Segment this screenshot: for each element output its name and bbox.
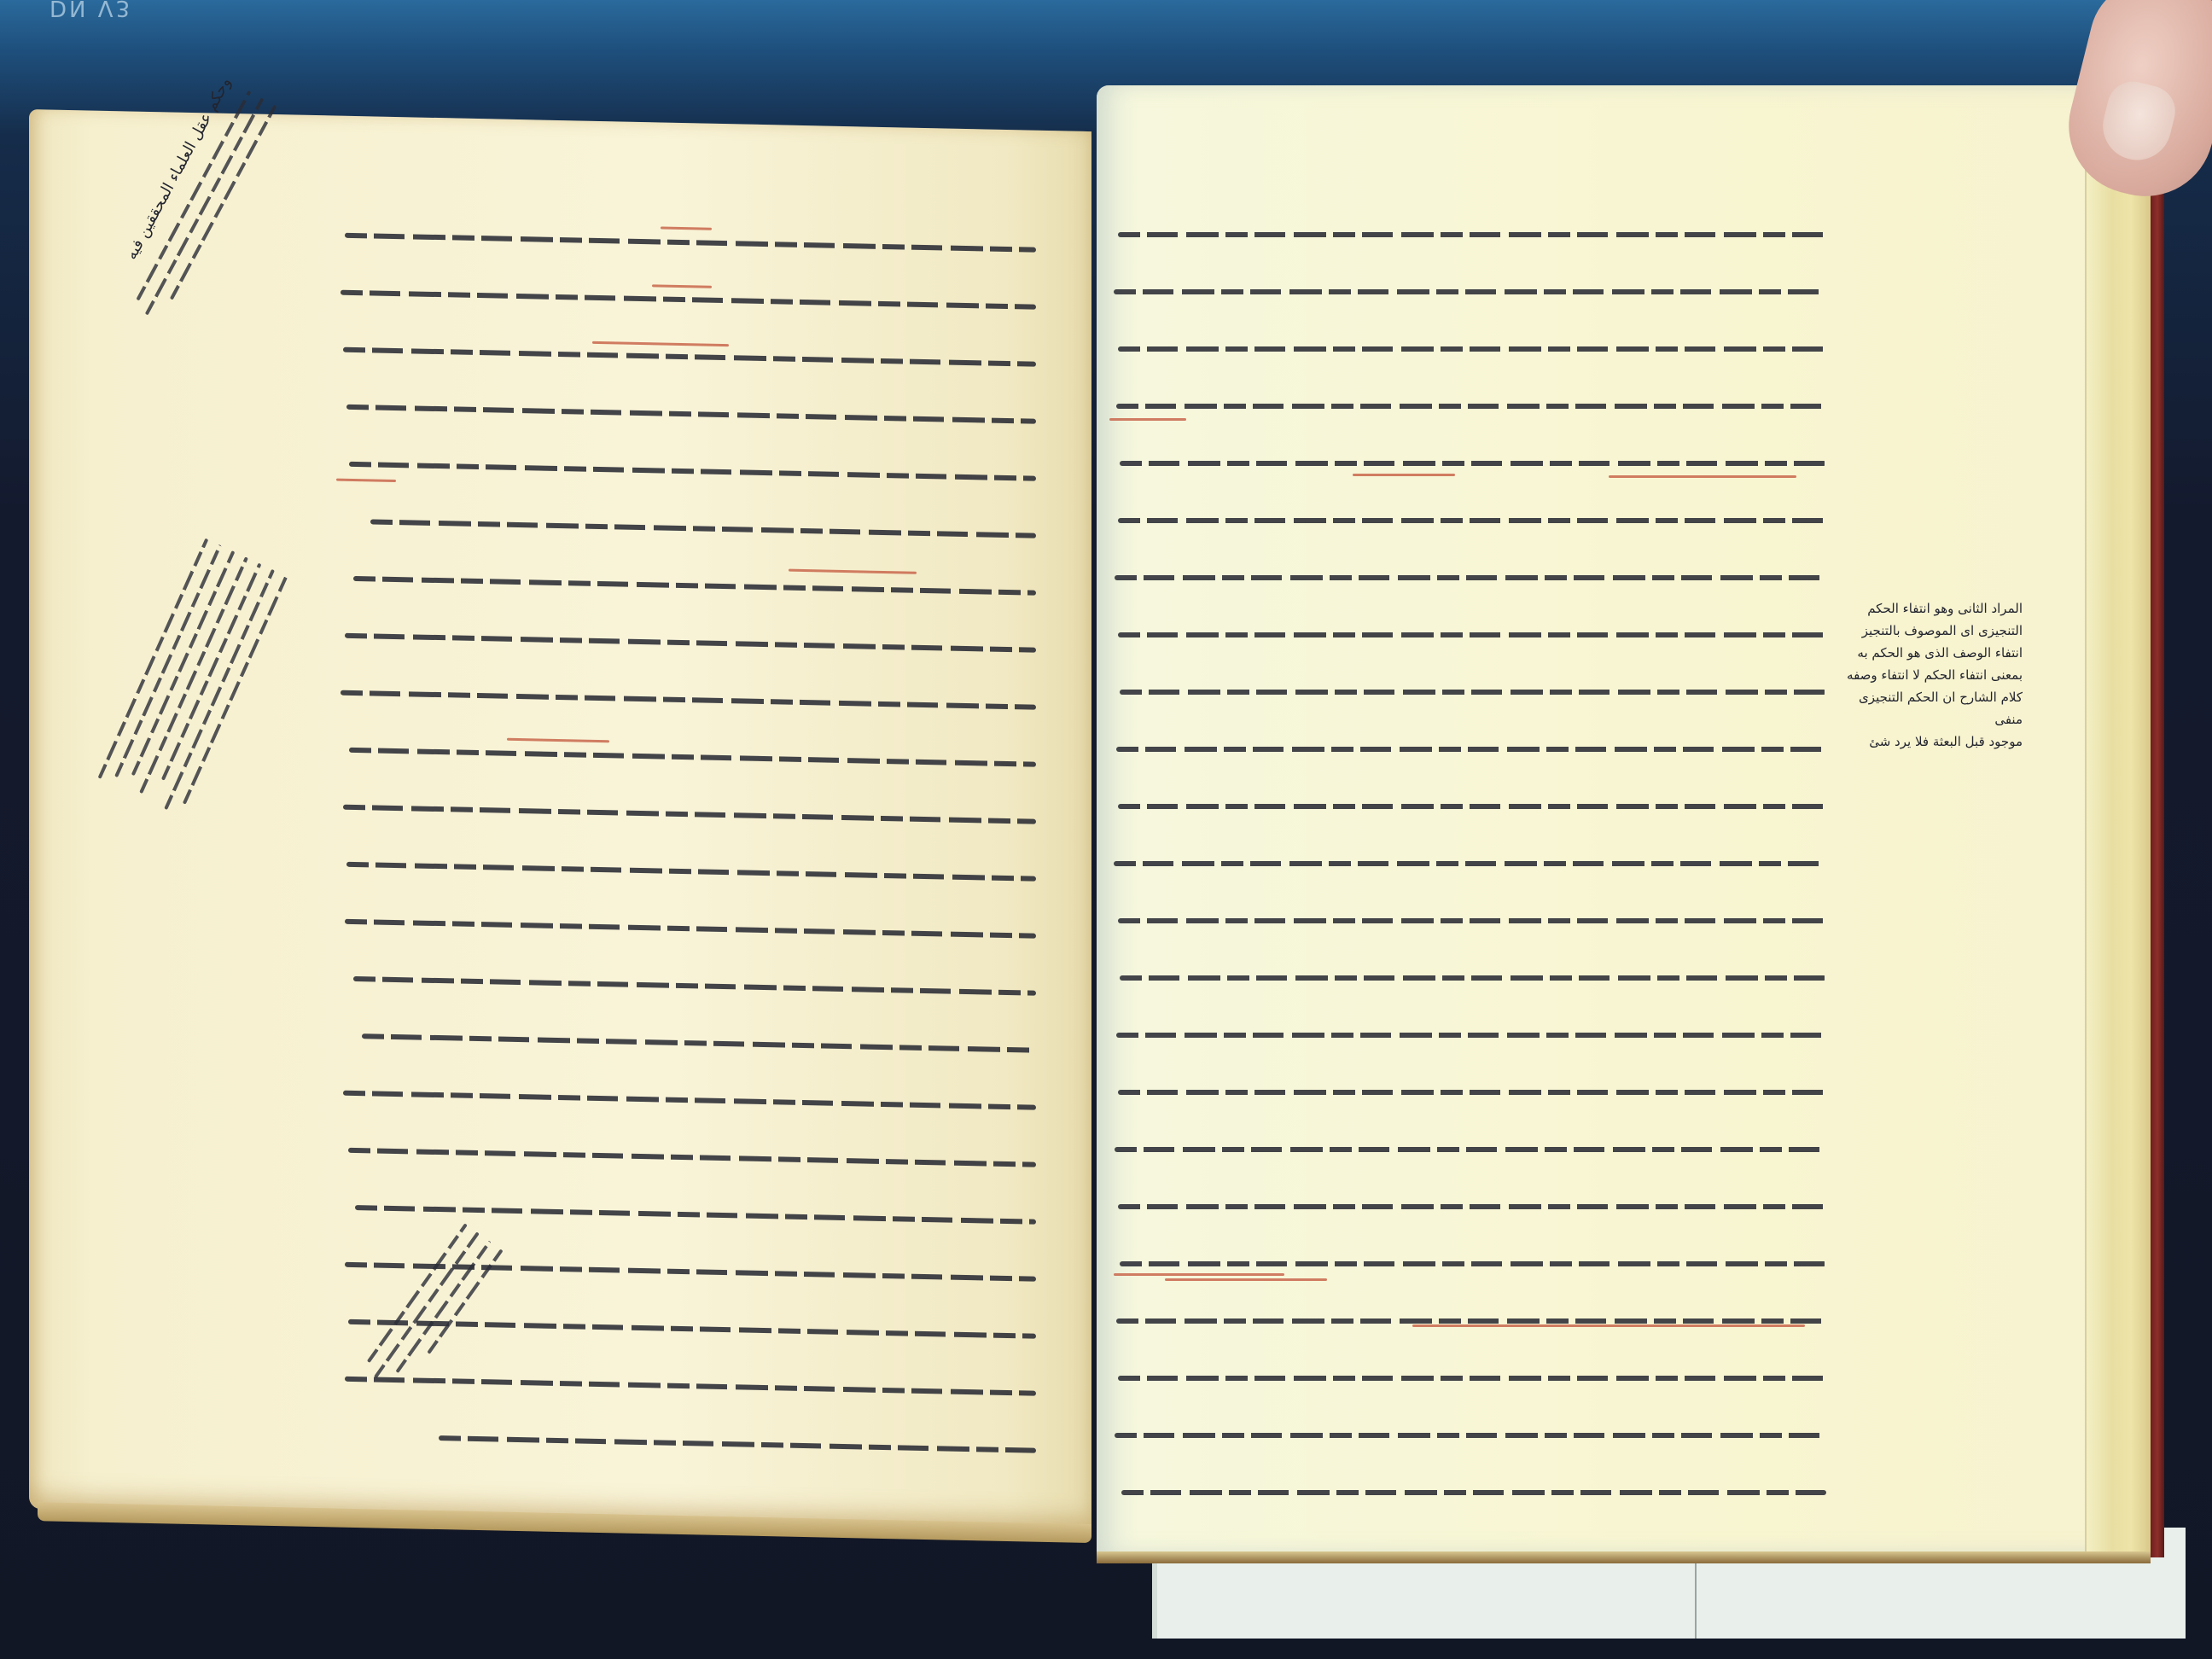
rubric-underline xyxy=(1114,1273,1284,1276)
margin-note-line: انتفاء الوصف الذى هو الحكم به xyxy=(1835,642,2023,664)
text-line xyxy=(1109,279,1826,305)
right-page-edge xyxy=(1097,1551,2151,1563)
text-line xyxy=(336,623,1036,663)
rubric-underline xyxy=(1412,1324,1805,1327)
book-binding-edge xyxy=(2151,141,2164,1557)
text-line xyxy=(336,566,1036,606)
right-page: المراد الثانى وهو انتفاء الحكم التنجيزى … xyxy=(1097,85,2151,1553)
text-line xyxy=(336,1195,1036,1235)
text-line xyxy=(1109,794,1826,819)
text-line xyxy=(1109,1194,1826,1220)
text-line xyxy=(1109,1080,1826,1105)
text-line xyxy=(336,1138,1036,1178)
rubric-underline xyxy=(1109,418,1186,421)
text-line xyxy=(1109,565,1826,591)
cloth-label: DN V3 xyxy=(49,0,132,20)
text-line xyxy=(1109,1480,1826,1505)
right-main-text xyxy=(1109,222,1826,1537)
text-line xyxy=(336,795,1036,835)
left-margin-notes: وحكم عقل العلماء المحققين فيه xyxy=(96,73,287,335)
text-line xyxy=(336,394,1036,434)
left-page: وحكم عقل العلماء المحققين فيه xyxy=(29,109,1091,1531)
margin-note-line: المراد الثانى وهو انتفاء الحكم xyxy=(1835,597,2023,620)
text-line xyxy=(336,1366,1036,1406)
text-line xyxy=(1109,908,1826,934)
left-page-edge xyxy=(38,1502,1091,1543)
right-margin-note: المراد الثانى وهو انتفاء الحكم التنجيزى … xyxy=(1835,597,2023,753)
text-line xyxy=(336,1423,1036,1464)
text-line xyxy=(1109,1308,1826,1334)
thumbnail xyxy=(2096,76,2180,167)
rubric-underline xyxy=(1353,474,1455,476)
text-line xyxy=(336,1023,1036,1063)
text-line xyxy=(1109,851,1826,876)
text-line xyxy=(1109,451,1826,476)
text-line xyxy=(336,909,1036,949)
text-line xyxy=(336,737,1036,777)
text-line xyxy=(1109,222,1826,247)
margin-note-line: بمعنى انتفاء الحكم لا انتفاء وصفه xyxy=(1835,664,2023,686)
text-line xyxy=(1109,1423,1826,1448)
margin-note-line: كلام الشارح ان الحكم التنجيزى منفى xyxy=(1835,686,2023,731)
text-line xyxy=(1109,336,1826,362)
text-line xyxy=(1109,1137,1826,1162)
text-line xyxy=(1109,965,1826,991)
page-edge-fold xyxy=(2085,119,2151,1553)
left-margin-notes-lower xyxy=(84,533,299,829)
text-line xyxy=(1109,508,1826,533)
text-line xyxy=(336,451,1036,492)
rubric-underline xyxy=(1609,475,1796,478)
text-line xyxy=(1109,393,1826,419)
text-line xyxy=(1109,679,1826,705)
text-line xyxy=(336,852,1036,892)
margin-note-line: موجود قبل البعثة فلا يرد شئ xyxy=(1835,731,2023,753)
text-line xyxy=(336,680,1036,720)
text-line xyxy=(1109,1022,1826,1048)
margin-note-line: التنجيزى اى الموصوف بالتنجيز xyxy=(1835,620,2023,642)
text-line xyxy=(336,966,1036,1006)
text-line xyxy=(1109,1365,1826,1391)
text-line xyxy=(336,1080,1036,1121)
rubric-underline xyxy=(1165,1278,1327,1281)
text-line xyxy=(1109,736,1826,762)
text-line xyxy=(1109,622,1826,648)
text-line xyxy=(336,509,1036,549)
margin-note-line: وحكم عقل العلماء المحققين فيه xyxy=(122,74,235,263)
